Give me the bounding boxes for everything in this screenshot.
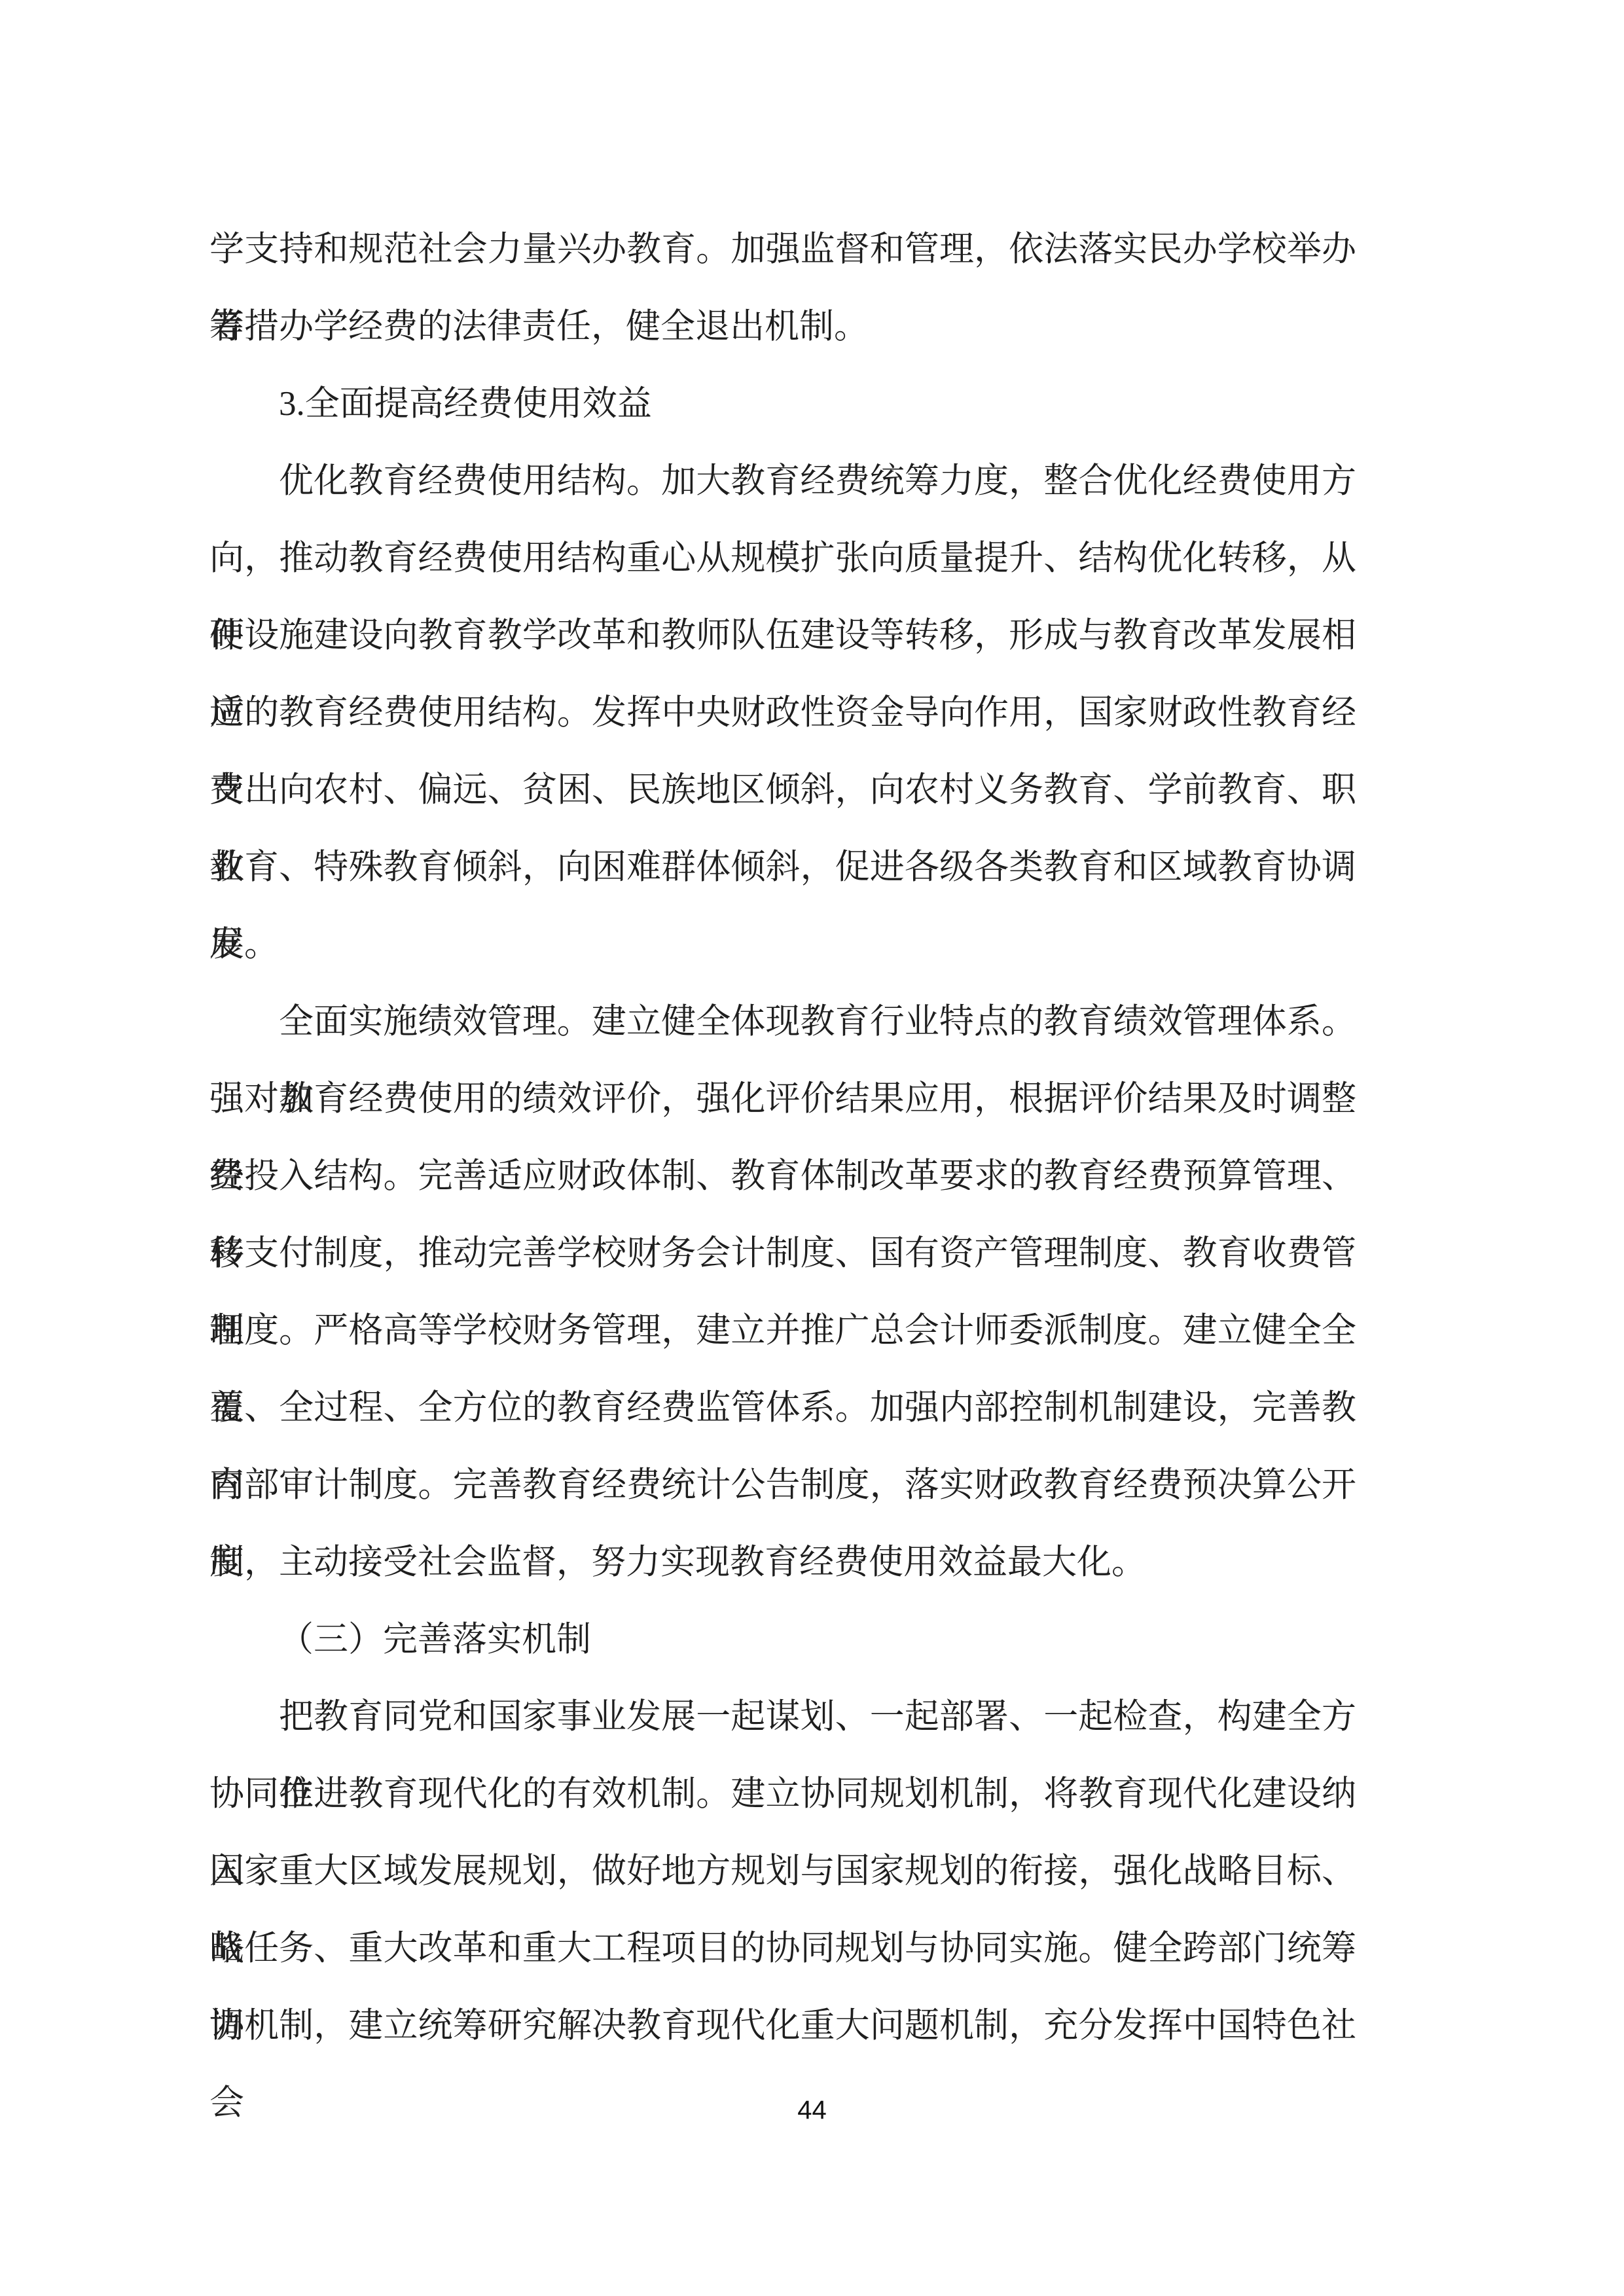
text-line: 调机制，建立统筹研究解决教育现代化重大问题机制，充分发挥中国特色社会 bbox=[209, 1987, 1356, 2064]
text-line: 把教育同党和国家事业发展一起谋划、一起部署、一起检查，构建全方位 bbox=[209, 1678, 1356, 1755]
text-line: 支出向农村、偏远、贫困、民族地区倾斜，向农村义务教育、学前教育、职业 bbox=[209, 751, 1356, 829]
text-line: 盖、全过程、全方位的教育经费监管体系。加强内部控制机制建设，完善教育 bbox=[209, 1369, 1356, 1446]
text-line: 展。 bbox=[209, 906, 1356, 983]
text-line: （三）完善落实机制 bbox=[209, 1601, 1356, 1678]
text-line: 内部审计制度。完善教育经费统计公告制度，落实财政教育经费预决算公开制 bbox=[209, 1446, 1356, 1524]
text-line: 3.全面提高经费使用效益 bbox=[209, 365, 1356, 442]
document-page: 学支持和规范社会力量兴办教育。加强监督和管理，依法落实民办学校举办者筹措办学经费… bbox=[0, 0, 1624, 2296]
text-line: 应的教育经费使用结构。发挥中央财政性资金导向作用，国家财政性教育经费 bbox=[209, 674, 1356, 751]
text-line: 度，主动接受社会监督，努力实现教育经费使用效益最大化。 bbox=[209, 1524, 1356, 1601]
text-line: 国家重大区域发展规划，做好地方规划与国家规划的衔接，强化战略目标、战 bbox=[209, 1833, 1356, 1910]
text-line: 制度。严格高等学校财务管理，建立并推广总会计师委派制度。建立健全全覆 bbox=[209, 1292, 1356, 1369]
text-line: 移支付制度，推动完善学校财务会计制度、国有资产管理制度、教育收费管理 bbox=[209, 1215, 1356, 1292]
text-line: 教育、特殊教育倾斜，向困难群体倾斜，促进各级各类教育和区域教育协调发 bbox=[209, 829, 1356, 906]
text-line: 向，推动教育经费使用结构重心从规模扩张向质量提升、结构优化转移，从硬 bbox=[209, 520, 1356, 597]
text-line: 件设施建设向教育教学改革和教师队伍建设等转移，形成与教育改革发展相适 bbox=[209, 597, 1356, 674]
text-line: 强对教育经费使用的绩效评价，强化评价结果应用，根据评价结果及时调整经 bbox=[209, 1060, 1356, 1138]
text-line: 全面实施绩效管理。建立健全体现教育行业特点的教育绩效管理体系。加 bbox=[209, 983, 1356, 1060]
text-block: 学支持和规范社会力量兴办教育。加强监督和管理，依法落实民办学校举办者筹措办学经费… bbox=[209, 211, 1356, 2064]
text-line: 略任务、重大改革和重大工程项目的协同规划与协同实施。健全跨部门统筹协 bbox=[209, 1910, 1356, 1987]
page-number-label: 44 bbox=[0, 2093, 1624, 2127]
text-line: 费投入结构。完善适应财政体制、教育体制改革要求的教育经费预算管理、转 bbox=[209, 1138, 1356, 1215]
text-line: 协同推进教育现代化的有效机制。建立协同规划机制，将教育现代化建设纳入 bbox=[209, 1755, 1356, 1833]
text-line: 筹措办学经费的法律责任，健全退出机制。 bbox=[209, 288, 1356, 365]
text-line: 学支持和规范社会力量兴办教育。加强监督和管理，依法落实民办学校举办者 bbox=[209, 211, 1356, 288]
text-line: 优化教育经费使用结构。加大教育经费统筹力度，整合优化经费使用方 bbox=[209, 442, 1356, 520]
